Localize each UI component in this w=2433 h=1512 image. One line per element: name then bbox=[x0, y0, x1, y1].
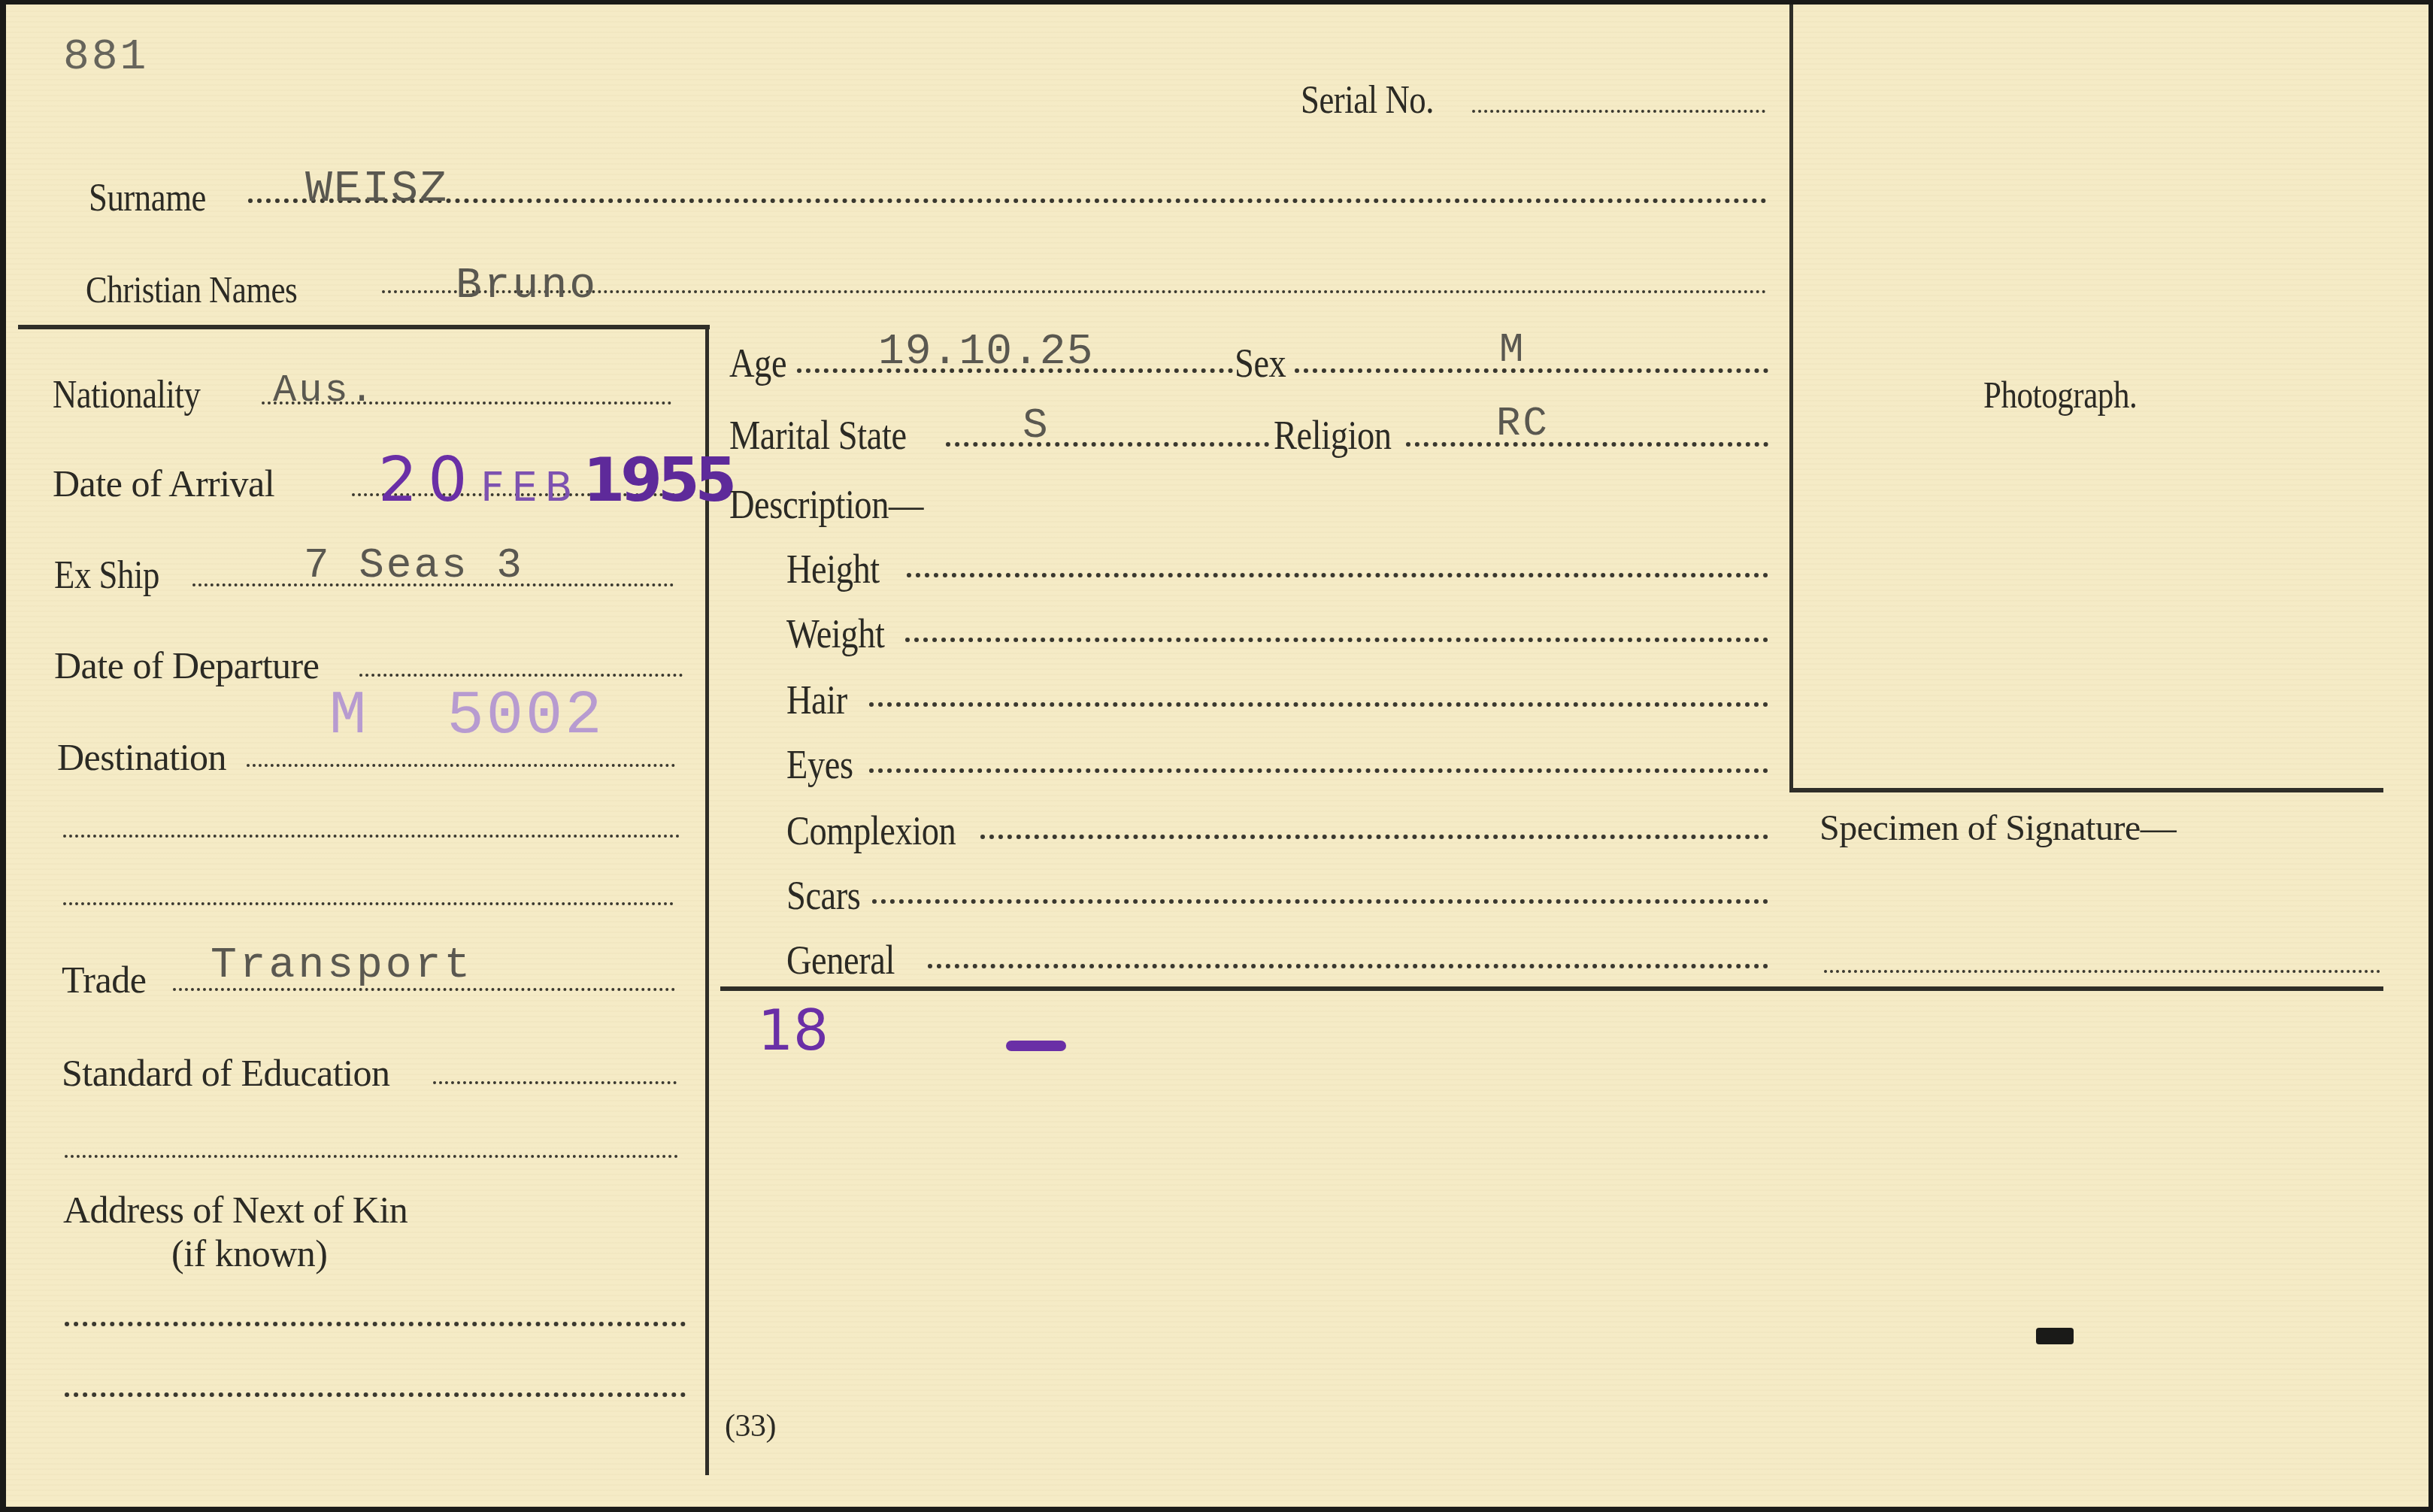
destination-field-line-2[interactable] bbox=[63, 835, 680, 838]
next-of-kin-sublabel: (if known) bbox=[171, 1235, 327, 1272]
trade-label: Trade bbox=[62, 961, 146, 998]
sex-value: M bbox=[1499, 331, 1526, 371]
arrival-stamp-month: FEB bbox=[480, 463, 580, 511]
next-of-kin-field[interactable] bbox=[65, 1322, 686, 1326]
religion-label: Religion bbox=[1274, 415, 1392, 456]
surname-label: Surname bbox=[89, 179, 206, 218]
complexion-field[interactable] bbox=[980, 835, 1768, 839]
trade-value: Transport bbox=[211, 944, 473, 988]
christian-names-label: Christian Names bbox=[86, 271, 297, 308]
nationality-value: Aus. bbox=[273, 371, 376, 411]
eyes-field[interactable] bbox=[869, 768, 1768, 773]
date-of-arrival-label: Date of Arrival bbox=[53, 465, 274, 502]
marital-state-label: Marital State bbox=[729, 415, 907, 456]
scars-label: Scars bbox=[786, 875, 860, 916]
destination-field-line-3[interactable] bbox=[63, 902, 674, 905]
hair-label: Hair bbox=[786, 680, 847, 720]
departure-stamp: M 5002 bbox=[329, 686, 604, 747]
paper-damage-mark bbox=[2036, 1328, 2074, 1344]
top-left-rule bbox=[18, 325, 710, 329]
description-bottom-rule bbox=[720, 986, 2383, 991]
sex-field[interactable] bbox=[1295, 368, 1768, 373]
religion-value: RC bbox=[1496, 405, 1550, 445]
marital-state-field[interactable] bbox=[946, 442, 1269, 447]
nationality-label: Nationality bbox=[53, 376, 200, 415]
arrival-date-stamp: 20 FEB 1955 bbox=[378, 450, 732, 511]
eyes-label: Eyes bbox=[786, 744, 853, 785]
form-number: (33) bbox=[725, 1410, 776, 1442]
destination-field[interactable] bbox=[247, 764, 675, 767]
age-label: Age bbox=[729, 343, 786, 383]
education-field-line-2[interactable] bbox=[65, 1155, 678, 1158]
stamp-note-18: 18 bbox=[758, 1003, 829, 1059]
weight-field[interactable] bbox=[905, 638, 1768, 642]
religion-field[interactable] bbox=[1406, 442, 1768, 447]
ex-ship-label: Ex Ship bbox=[54, 556, 159, 595]
age-value: 19.10.25 bbox=[878, 331, 1093, 374]
christian-names-value: Bruno bbox=[456, 265, 598, 308]
next-of-kin-field-line-2[interactable] bbox=[65, 1392, 686, 1397]
destination-label: Destination bbox=[57, 738, 226, 776]
immigration-record-card: 881 Serial No. Surname WEISZ Christian N… bbox=[6, 5, 2428, 1507]
serial-no-label: Serial No. bbox=[1301, 81, 1434, 120]
surname-field[interactable] bbox=[248, 198, 1767, 203]
stamp-mark-dash bbox=[1006, 1041, 1066, 1051]
general-field[interactable] bbox=[928, 964, 1768, 968]
education-label: Standard of Education bbox=[62, 1054, 390, 1092]
hair-field[interactable] bbox=[869, 702, 1768, 707]
date-of-departure-label: Date of Departure bbox=[54, 647, 319, 684]
ex-ship-value: 7 Seas 3 bbox=[304, 544, 524, 586]
education-field[interactable] bbox=[433, 1081, 677, 1084]
arrival-stamp-year: 1955 bbox=[583, 445, 733, 515]
marital-state-value: S bbox=[1023, 405, 1050, 447]
date-of-departure-field[interactable] bbox=[359, 674, 683, 677]
scars-field[interactable] bbox=[872, 899, 1768, 904]
serial-no-field[interactable] bbox=[1472, 110, 1765, 113]
photo-box-bottom-border bbox=[1789, 788, 2383, 792]
next-of-kin-label: Address of Next of Kin bbox=[63, 1191, 408, 1229]
height-label: Height bbox=[786, 549, 880, 589]
photo-box-left-border bbox=[1789, 5, 1793, 791]
card-number: 881 bbox=[63, 36, 148, 80]
complexion-label: Complexion bbox=[786, 811, 956, 851]
signature-field[interactable] bbox=[1824, 970, 2380, 973]
sex-label: Sex bbox=[1235, 343, 1286, 383]
surname-value: WEISZ bbox=[305, 167, 448, 212]
arrival-stamp-day: 20 bbox=[378, 444, 477, 516]
weight-label: Weight bbox=[786, 614, 884, 654]
signature-label: Specimen of Signature— bbox=[1819, 811, 2176, 847]
description-label: Description— bbox=[729, 484, 923, 525]
general-label: General bbox=[786, 940, 895, 980]
photograph-label: Photograph. bbox=[1983, 376, 2137, 414]
height-field[interactable] bbox=[907, 573, 1768, 577]
